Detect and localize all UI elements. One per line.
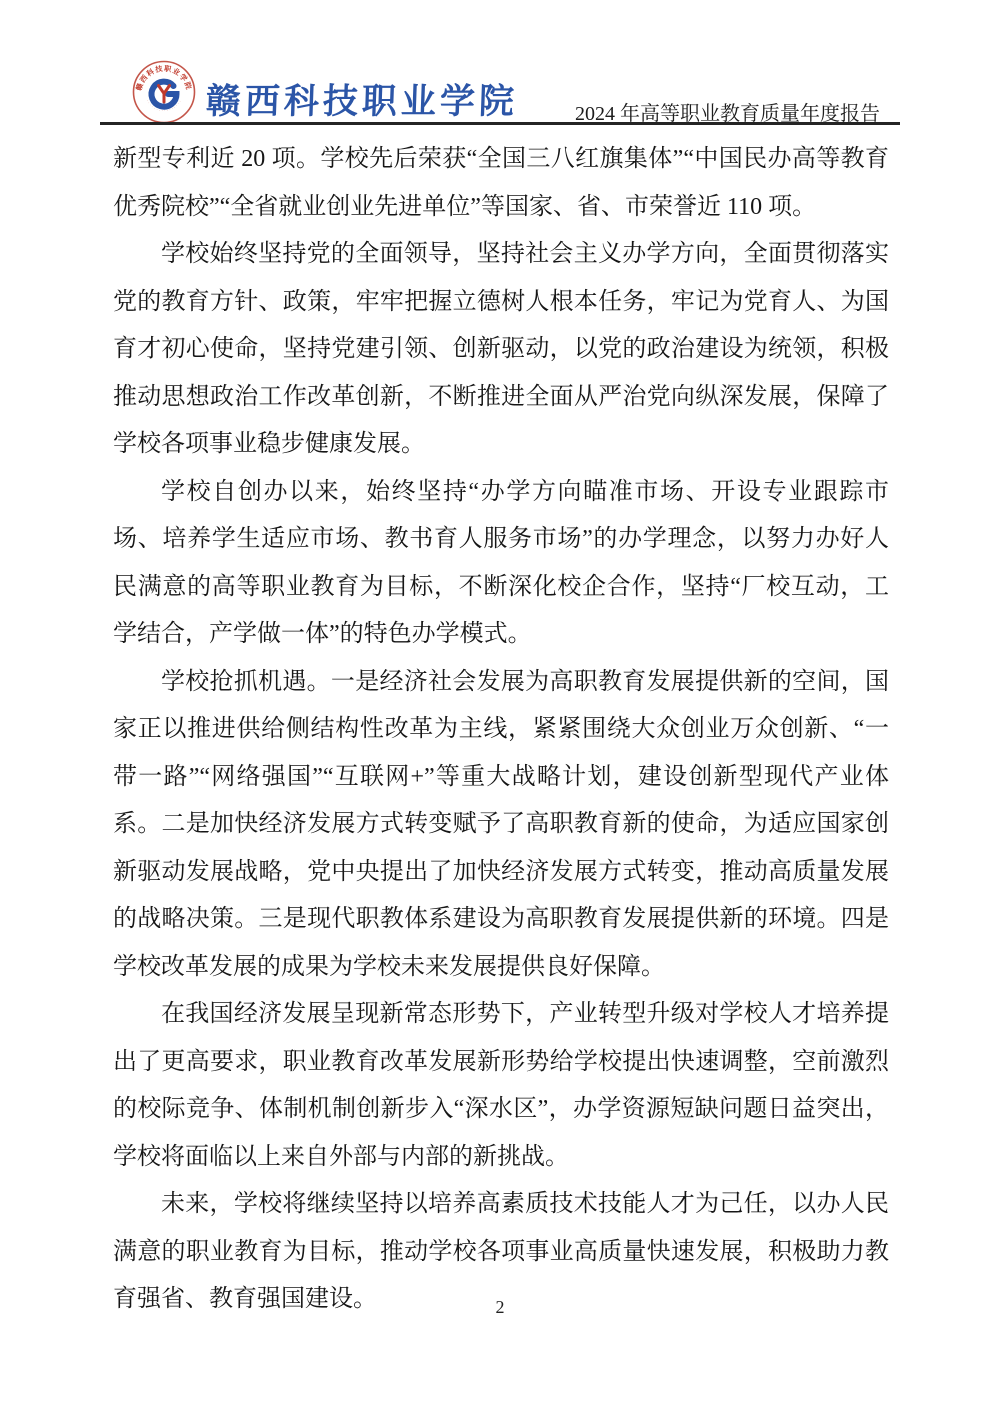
- paragraph: 在我国经济发展呈现新常态形势下，产业转型升级对学校人才培养提出了更高要求，职业教…: [113, 991, 889, 1181]
- paragraph: 学校自创办以来，始终坚持“办学方向瞄准市场、开设专业跟踪市场、培养学生适应市场、…: [113, 469, 889, 659]
- paragraph-continuation: 新型专利近 20 项。学校先后荣获“全国三八红旗集体”“中国民办高等教育优秀院校…: [113, 136, 889, 231]
- body-text: 新型专利近 20 项。学校先后荣获“全国三八红旗集体”“中国民办高等教育优秀院校…: [113, 136, 889, 1324]
- document-page: 赣西科技职业学院 · · · · · · · · · · · · · · · ·…: [0, 0, 1000, 1411]
- page-number: 2: [0, 1297, 1000, 1318]
- paragraph: 学校始终坚持党的全面领导，坚持社会主义办学方向，全面贯彻落实党的教育方针、政策，…: [113, 231, 889, 469]
- page-header: 赣西科技职业学院 · · · · · · · · · · · · · · · ·…: [0, 0, 1000, 130]
- school-name: 赣西科技职业学院: [205, 74, 519, 124]
- school-seal-icon: 赣西科技职业学院 · · · · · · · · · · · · · · · ·: [132, 60, 196, 124]
- paragraph: 学校抢抓机遇。一是经济社会发展为高职教育发展提供新的空间，国家正以推进供给侧结构…: [113, 659, 889, 992]
- header-divider: [100, 122, 900, 125]
